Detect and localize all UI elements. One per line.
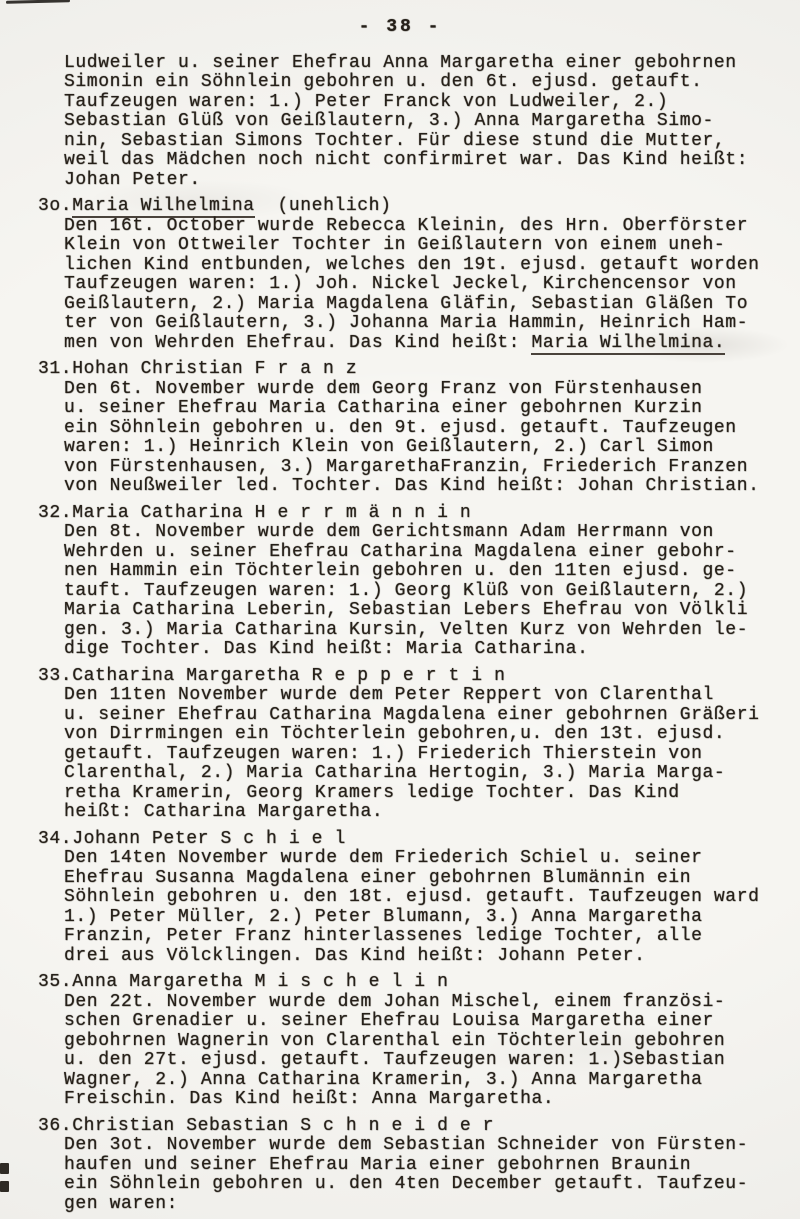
text-segment: gebohrnen Wagnerin von Clarenthal ein Tö…: [64, 1031, 725, 1051]
text-segment: Den 6t. November wurde dem Georg Franz v…: [64, 379, 703, 399]
text-segment: nin, Sebastian Simons Tochter. Für diese…: [64, 131, 725, 151]
scanned-document-page: - 38 - Ludweiler u. seiner Ehefrau Anna …: [0, 0, 800, 1219]
body-line: Clarenthal, 2.) Maria Catharina Hertogin…: [64, 764, 800, 784]
body-line: ein Söhnlein gebohren u. den 9t. ejusd. …: [64, 419, 800, 439]
text-segment: Maria Catharina Leberin, Sebastian Leber…: [64, 600, 748, 620]
body-line: Simonin ein Söhnlein gebohren u. den 6t.…: [64, 73, 800, 93]
text-segment: Wehrden u. seiner Ehefrau Catharina Magd…: [64, 542, 737, 562]
text-segment: lichen Kind entbunden, welches den 19t. …: [64, 255, 760, 275]
body-line: men von Wehrden Ehefrau. Das Kind heißt:…: [64, 334, 800, 354]
body-line: Franzin, Peter Franz hinterlassenes ledi…: [64, 927, 800, 947]
text-segment: Franzin, Peter Franz hinterlassenes ledi…: [64, 926, 703, 946]
text-segment: Freischin. Das Kind heißt: Anna Margaret…: [64, 1089, 554, 1109]
entry-number: 33.: [38, 666, 72, 686]
scan-mark-bottom-left-2: [0, 1181, 9, 1192]
text-segment: Söhnlein gebohren u. den 18t. ejusd. get…: [64, 887, 760, 907]
text-segment: Den 14ten November wurde dem Friederich …: [64, 848, 703, 868]
body-line: Den 8t. November wurde dem Gerichtsmann …: [64, 523, 800, 543]
register-entry: 3o.Maria Wilhelmina (unehlich)Den 16t. O…: [0, 197, 800, 353]
text-segment: Den 22t. November wurde dem Johan Mische…: [64, 992, 725, 1012]
text-segment: heißt: Catharina Margaretha.: [64, 802, 383, 822]
body-line: Den 3ot. November wurde dem Sebastian Sc…: [64, 1136, 800, 1156]
body-line: getauft. Taufzeugen waren: 1.) Friederic…: [64, 745, 800, 765]
entry-heading: 36.Christian Sebastian S c h n e i d e r: [38, 1117, 800, 1137]
entry-body: Den 8t. November wurde dem Gerichtsmann …: [64, 523, 800, 660]
page-number: - 38 -: [0, 18, 800, 38]
body-line: Freischin. Das Kind heißt: Anna Margaret…: [64, 1090, 800, 1110]
text-segment: Den 16t. October wurde Rebecca Kleinin, …: [64, 216, 748, 236]
text-segment: retha Kramerin, Georg Kramers ledige Toc…: [64, 783, 680, 803]
body-line: von Dirrmingen ein Töchterlein gebohren,…: [64, 725, 800, 745]
body-line: Geißlautern, 2.) Maria Magdalena Gläfin,…: [64, 295, 800, 315]
text-segment: Den 8t. November wurde dem Gerichtsmann …: [64, 522, 714, 542]
body-line: Wagner, 2.) Anna Catharina Kramerin, 3.)…: [64, 1071, 800, 1091]
intro-paragraph: Ludweiler u. seiner Ehefrau Anna Margare…: [64, 54, 800, 191]
text-segment: Sebastian Glüß von Geißlautern, 3.) Anna…: [64, 111, 714, 131]
entry-number: 32.: [38, 503, 72, 523]
text-segment: haufen und seiner Ehefrau Maria einer ge…: [64, 1155, 691, 1175]
body-line: schen Grenadier u. seiner Ehefrau Louisa…: [64, 1012, 800, 1032]
text-segment: tauft. Taufzeugen waren: 1.) Georg Klüß …: [64, 581, 748, 601]
text-segment: gen. 3.) Maria Catharina Kursin, Velten …: [64, 620, 748, 640]
entry-body: Den 22t. November wurde dem Johan Mische…: [64, 993, 800, 1110]
body-line: drei aus Völcklingen. Das Kind heißt: Jo…: [64, 947, 800, 967]
scan-mark-bottom-left-1: [0, 1163, 9, 1174]
entries: 3o.Maria Wilhelmina (unehlich)Den 16t. O…: [0, 197, 800, 1214]
text-segment: Anna Margaretha M i s c h e l i n: [72, 972, 448, 992]
body-line: Den 22t. November wurde dem Johan Mische…: [64, 993, 800, 1013]
body-line: Johan Peter.: [64, 171, 800, 191]
entry-body: Den 6t. November wurde dem Georg Franz v…: [64, 380, 800, 497]
body-line: Den 11ten November wurde dem Peter Reppe…: [64, 686, 800, 706]
text-segment: u. seiner Ehefrau Maria Catharina einer …: [64, 398, 703, 418]
body-line: retha Kramerin, Georg Kramers ledige Toc…: [64, 784, 800, 804]
register-entry: 35.Anna Margaretha M i s c h e l i nDen …: [0, 973, 800, 1110]
body-line: Söhnlein gebohren u. den 18t. ejusd. get…: [64, 888, 800, 908]
text-segment: Johann Peter S c h i e l: [72, 829, 346, 849]
text-segment: Ludweiler u. seiner Ehefrau Anna Margare…: [64, 53, 737, 73]
body-line: Klein von Ottweiler Tochter in Geißlaute…: [64, 236, 800, 256]
text-segment: Simonin ein Söhnlein gebohren u. den 6t.…: [64, 72, 703, 92]
text-segment: Wagner, 2.) Anna Catharina Kramerin, 3.)…: [64, 1070, 703, 1090]
body-line: Den 6t. November wurde dem Georg Franz v…: [64, 380, 800, 400]
entry-number: 3o.: [38, 196, 72, 216]
text-segment: Taufzeugen waren: 1.) Peter Franck von L…: [64, 92, 668, 112]
text-segment: waren: 1.) Heinrich Klein von Geißlauter…: [64, 437, 714, 457]
entry-heading: 33.Catharina Margaretha R e p p e r t i …: [38, 667, 800, 687]
text-segment: ein Söhnlein gebohren u. den 9t. ejusd. …: [64, 418, 737, 438]
entry-heading: 32.Maria Catharina H e r r m ä n n i n: [38, 504, 800, 524]
body-line: Den 14ten November wurde dem Friederich …: [64, 849, 800, 869]
text-segment: Christian Sebastian S c h n e i d e r: [72, 1116, 494, 1136]
register-entry: 31.Hohan Christian F r a n zDen 6t. Nove…: [0, 360, 800, 497]
body-line: 1.) Peter Müller, 2.) Peter Blumann, 3.)…: [64, 908, 800, 928]
scan-smudge-top-left: [6, 0, 70, 4]
body-line: Sebastian Glüß von Geißlautern, 3.) Anna…: [64, 112, 800, 132]
text-segment: von Fürstenhausen, 3.) MargarethaFranzin…: [64, 457, 748, 477]
text-segment: nen Hammin ein Töchterlein gebohren u. d…: [64, 561, 737, 581]
register-entry: 32.Maria Catharina H e r r m ä n n i nDe…: [0, 504, 800, 660]
text-segment: weil das Mädchen noch nicht confirmiret …: [64, 150, 748, 170]
text-segment: Hohan Christian F r a n z: [72, 359, 357, 379]
body-line: von Neußweiler led. Tochter. Das Kind he…: [64, 477, 800, 497]
text-segment: Geißlautern, 2.) Maria Magdalena Gläfin,…: [64, 294, 748, 314]
body-line: haufen und seiner Ehefrau Maria einer ge…: [64, 1156, 800, 1176]
body-line: u. den 27t. ejusd. getauft. Taufzeugen w…: [64, 1051, 800, 1071]
entry-body: Den 3ot. November wurde dem Sebastian Sc…: [64, 1136, 800, 1214]
body-line: ein Söhnlein gebohren u. den 4ten Decemb…: [64, 1175, 800, 1195]
text-segment: Catharina Margaretha R e p p e r t i n: [72, 666, 505, 686]
text-segment: von Neußweiler led. Tochter. Das Kind he…: [64, 476, 760, 496]
body-line: nin, Sebastian Simons Tochter. Für diese…: [64, 132, 800, 152]
body-line: weil das Mädchen noch nicht confirmiret …: [64, 151, 800, 171]
entry-number: 34.: [38, 829, 72, 849]
body-line: u. seiner Ehefrau Maria Catharina einer …: [64, 399, 800, 419]
text-segment: Taufzeugen waren: 1.) Joh. Nickel Jeckel…: [64, 274, 737, 294]
text-segment: (unehlich): [255, 196, 392, 216]
text-segment: dige Tochter. Das Kind heißt: Maria Cath…: [64, 639, 588, 659]
entry-heading: 31.Hohan Christian F r a n z: [38, 360, 800, 380]
text-segment: getauft. Taufzeugen waren: 1.) Friederic…: [64, 744, 703, 764]
underlined-text: Maria Wilhelmina.: [531, 333, 725, 355]
text-segment: schen Grenadier u. seiner Ehefrau Louisa…: [64, 1011, 714, 1031]
body-line: heißt: Catharina Margaretha.: [64, 803, 800, 823]
text-segment: Ehefrau Susanna Magdalena einer gebohrne…: [64, 868, 691, 888]
text-segment: Den 11ten November wurde dem Peter Reppe…: [64, 685, 714, 705]
entry-heading: 34.Johann Peter S c h i e l: [38, 830, 800, 850]
text-segment: Den 3ot. November wurde dem Sebastian Sc…: [64, 1135, 748, 1155]
body-line: gen. 3.) Maria Catharina Kursin, Velten …: [64, 621, 800, 641]
text-segment: men von Wehrden Ehefrau. Das Kind heißt:: [64, 333, 531, 353]
body-line: lichen Kind entbunden, welches den 19t. …: [64, 256, 800, 276]
body-line: ter von Geißlautern, 3.) Johanna Maria H…: [64, 314, 800, 334]
entry-number: 36.: [38, 1116, 72, 1136]
text-segment: Klein von Ottweiler Tochter in Geißlaute…: [64, 235, 725, 255]
body-line: von Fürstenhausen, 3.) MargarethaFranzin…: [64, 458, 800, 478]
text-segment: von Dirrmingen ein Töchterlein gebohren,…: [64, 724, 725, 744]
register-entry: 33.Catharina Margaretha R e p p e r t i …: [0, 667, 800, 823]
body-line: waren: 1.) Heinrich Klein von Geißlauter…: [64, 438, 800, 458]
text-segment: u. den 27t. ejusd. getauft. Taufzeugen w…: [64, 1050, 725, 1070]
entry-heading: 3o.Maria Wilhelmina (unehlich): [38, 197, 800, 217]
entry-heading: 35.Anna Margaretha M i s c h e l i n: [38, 973, 800, 993]
body-line: Maria Catharina Leberin, Sebastian Leber…: [64, 601, 800, 621]
body-line: gen waren:: [64, 1195, 800, 1215]
text-segment: ein Söhnlein gebohren u. den 4ten Decemb…: [64, 1174, 748, 1194]
body-line: nen Hammin ein Töchterlein gebohren u. d…: [64, 562, 800, 582]
text-segment: ter von Geißlautern, 3.) Johanna Maria H…: [64, 313, 748, 333]
text-segment: Clarenthal, 2.) Maria Catharina Hertogin…: [64, 763, 725, 783]
text-segment: drei aus Völcklingen. Das Kind heißt: Jo…: [64, 946, 646, 966]
register-entry: 36.Christian Sebastian S c h n e i d e r…: [0, 1117, 800, 1215]
entry-body: Den 11ten November wurde dem Peter Reppe…: [64, 686, 800, 823]
body-line: u. seiner Ehefrau Catharina Magdalena ei…: [64, 706, 800, 726]
body-line: tauft. Taufzeugen waren: 1.) Georg Klüß …: [64, 582, 800, 602]
entry-number: 35.: [38, 972, 72, 992]
text-segment: u. seiner Ehefrau Catharina Magdalena ei…: [64, 705, 760, 725]
text-segment: Maria Catharina H e r r m ä n n i n: [72, 503, 471, 523]
body-line: Wehrden u. seiner Ehefrau Catharina Magd…: [64, 543, 800, 563]
body-line: gebohrnen Wagnerin von Clarenthal ein Tö…: [64, 1032, 800, 1052]
body-line: Taufzeugen waren: 1.) Peter Franck von L…: [64, 93, 800, 113]
entry-body: Den 14ten November wurde dem Friederich …: [64, 849, 800, 966]
text-segment: 1.) Peter Müller, 2.) Peter Blumann, 3.)…: [64, 907, 703, 927]
text-segment: Johan Peter.: [64, 170, 201, 190]
body-line: Taufzeugen waren: 1.) Joh. Nickel Jeckel…: [64, 275, 800, 295]
entry-number: 31.: [38, 359, 72, 379]
text-segment: gen waren:: [64, 1194, 178, 1214]
body-line: Ehefrau Susanna Magdalena einer gebohrne…: [64, 869, 800, 889]
entry-body: Den 16t. October wurde Rebecca Kleinin, …: [64, 217, 800, 354]
body-line: Den 16t. October wurde Rebecca Kleinin, …: [64, 217, 800, 237]
body-line: dige Tochter. Das Kind heißt: Maria Cath…: [64, 640, 800, 660]
body-line: Ludweiler u. seiner Ehefrau Anna Margare…: [64, 54, 800, 74]
register-entry: 34.Johann Peter S c h i e lDen 14ten Nov…: [0, 830, 800, 967]
